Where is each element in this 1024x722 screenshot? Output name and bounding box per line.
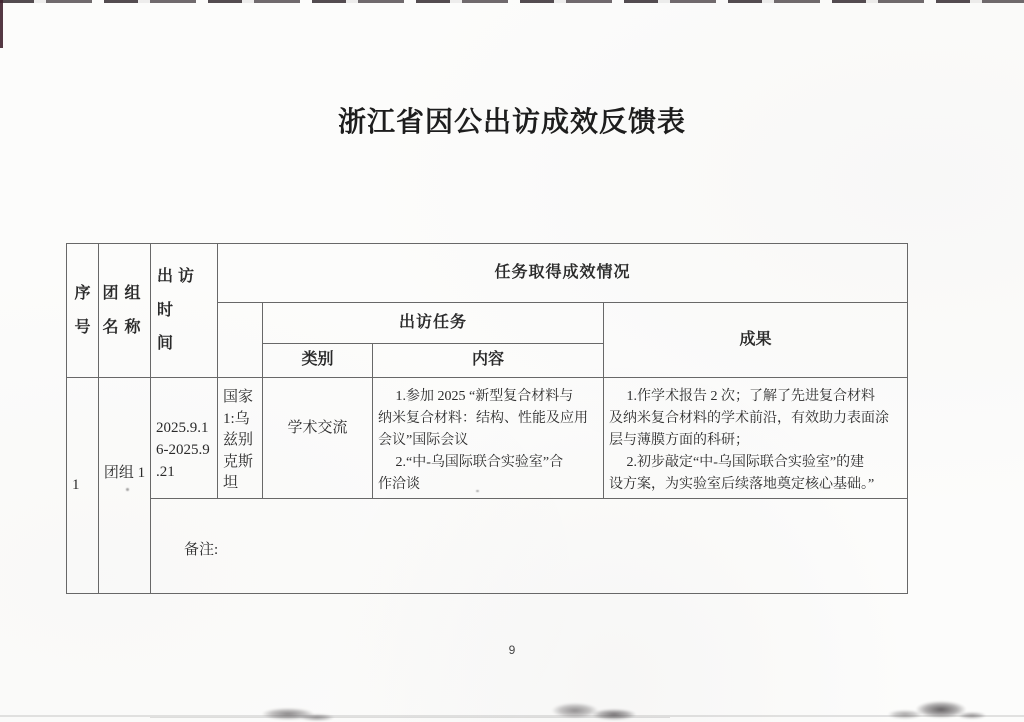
page-title: 浙江省因公出访成效反馈表 [0,100,1024,140]
scan-smudge [592,709,636,720]
scan-corner-artifact [0,0,3,48]
header-visit-time: 出访时 间 [151,244,218,378]
cell-category: 学术交流 [263,378,373,499]
cell-result: 1.作学术报告 2 次；了解了先进复合材料 及纳米复合材料的学术前沿，有效助力表… [604,378,908,499]
scanned-document-page: { "colors": { "paper": "#fcfcfb", "ink":… [0,0,1024,722]
cell-remark: 备注: [151,499,908,594]
header-seq-no: 序 号 [67,244,99,378]
scan-top-edge-artifact [0,0,1024,3]
table-row: 1 团组 1 2025.9.1 6-2025.9 .21 国家 1:乌 兹别 克… [67,378,908,499]
header-result: 成果 [604,303,908,378]
page-number: 9 [0,643,1024,657]
scan-smudge [916,701,966,718]
header-task-effect: 任务取得成效情况 [218,244,908,303]
scan-smudge [958,712,986,719]
cell-country: 国家 1:乌 兹别 克斯 坦 [218,378,263,499]
remark-row: 备注: [67,499,908,594]
cell-content: 1.参加 2025 “新型复合材料与 纳米复合材料：结构、性能及应用 会议”国际… [373,378,604,499]
cell-group-name: 团组 1 [99,378,151,594]
cell-seq-no: 1 [67,378,99,594]
header-content: 内容 [373,344,604,378]
scan-bottom-line-artifact [150,717,670,718]
feedback-table: 序 号 团组 名称 出访时 间 任务取得成效情况 出访任务 成果 类别 内容 1… [66,243,908,594]
header-country-spacer-cell [218,303,263,378]
header-visit-task: 出访任务 [263,303,604,344]
header-category: 类别 [263,344,373,378]
scan-smudge [262,708,314,720]
scan-bottom-line-artifact [0,715,1024,717]
cell-visit-time: 2025.9.1 6-2025.9 .21 [151,378,218,499]
scan-smudge [552,703,598,718]
header-group-name: 团组 名称 [99,244,151,378]
scan-smudge [888,710,922,719]
scan-smudge [300,714,334,721]
